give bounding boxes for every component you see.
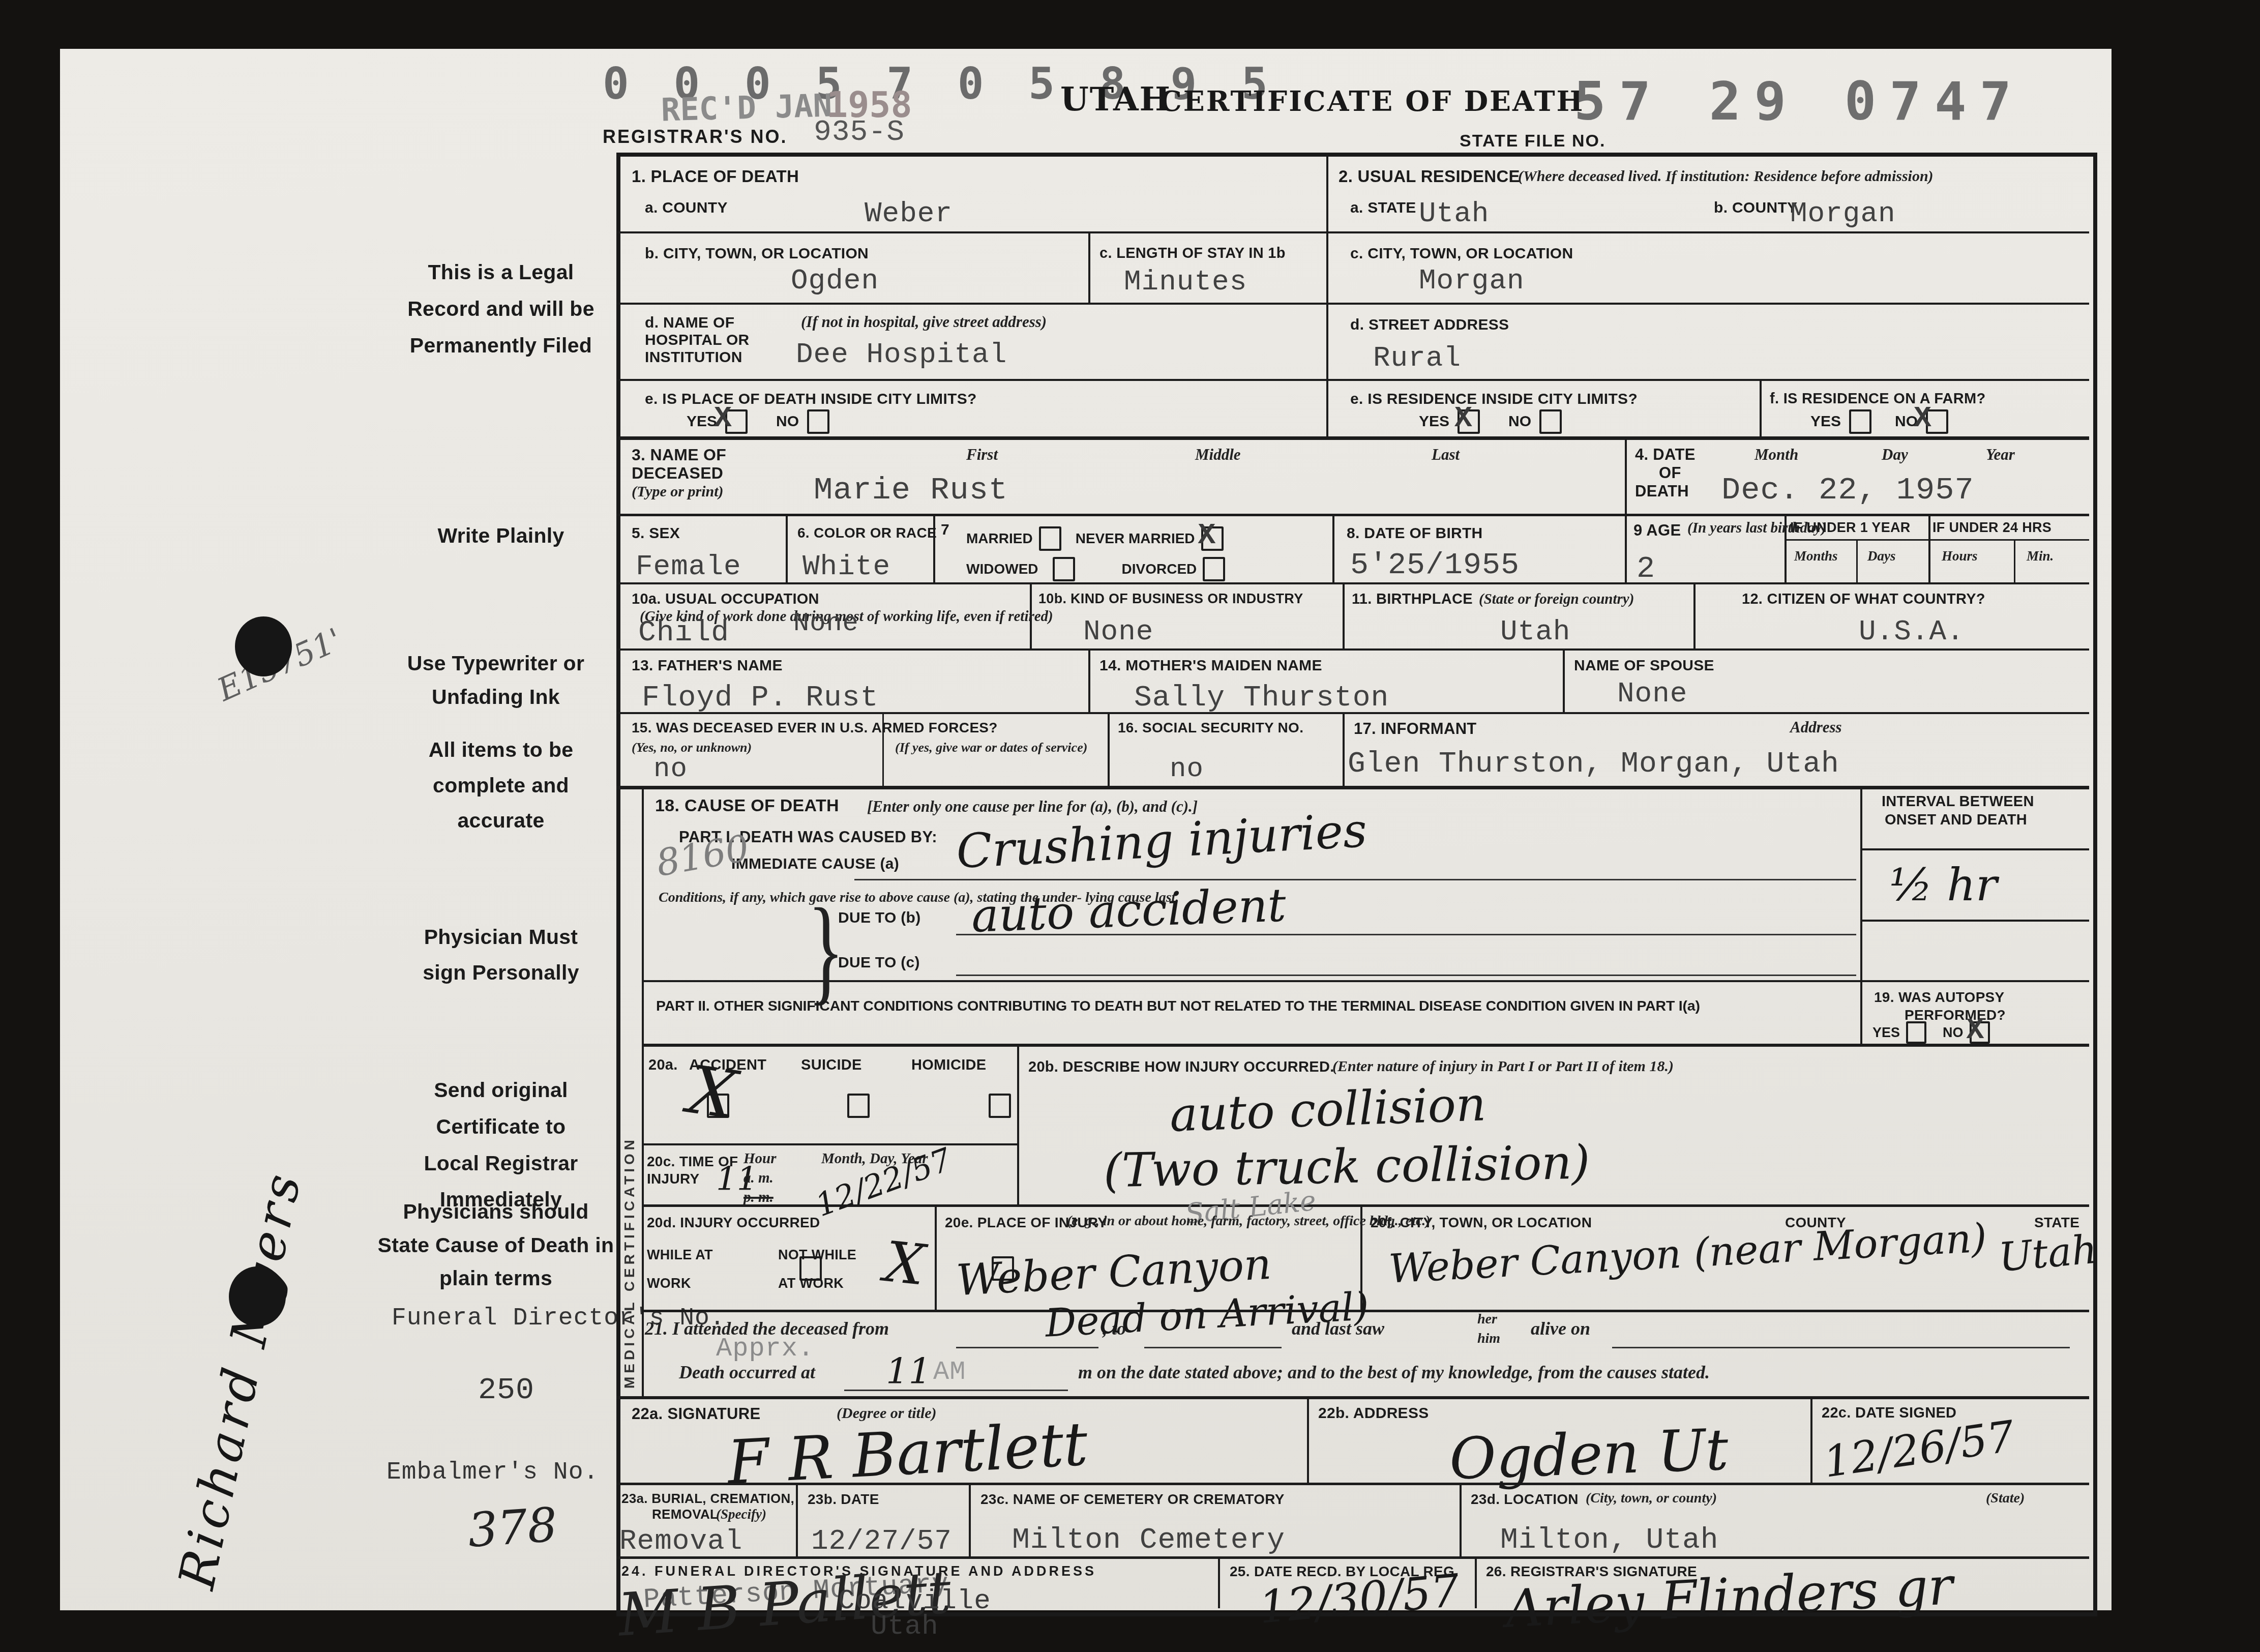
no-label: NO (776, 413, 799, 430)
field-18-title: 18. CAUSE OF DEATH (655, 796, 839, 816)
field-8-label: 8. DATE OF BIRTH (1347, 525, 1483, 542)
interval-label-2: ONSET AND DEATH (1885, 812, 2027, 829)
widowed-label: WIDOWED (966, 561, 1038, 577)
field-13-value: Floyd P. Rust (642, 682, 878, 715)
field-9-min-header: Min. (2027, 548, 2054, 564)
checkbox-2e-yes-mark: X (1454, 402, 1472, 435)
field-4-value: Dec. 22, 1957 (1721, 472, 1974, 508)
checkbox-1e-yes-mark: X (714, 402, 732, 435)
field-2b-label: b. COUNTY (1714, 199, 1797, 217)
field-15-note1: (Yes, no, or unknown) (632, 740, 752, 755)
field-15-label: 15. WAS DECEASED EVER IN U.S. ARMED FORC… (632, 720, 998, 736)
margin-note-physician-sign: Physician Must sign Personally (402, 920, 600, 990)
field-14-value: Sally Thurston (1134, 682, 1389, 715)
field-18-immediate-label: IMMEDIATE CAUSE (a) (731, 855, 899, 873)
field-20e-note: (e. g., in or about home, farm, factory,… (1067, 1213, 1311, 1229)
field-23d-note: (City, town, or county) (1586, 1490, 1717, 1507)
field-1b-label: b. CITY, TOWN, OR LOCATION (645, 245, 869, 262)
margin-note-legal-record: This is a Legal Record and will be Perma… (392, 254, 610, 364)
checkbox-19-no-mark: X (1967, 1014, 1984, 1047)
field-5-value: Female (636, 550, 741, 583)
interval-label-1: INTERVAL BETWEEN (1882, 793, 2034, 810)
field-23d-value: Milton, Utah (1500, 1524, 1719, 1557)
field-18-part2-label: PART II. OTHER SIGNIFICANT CONDITIONS CO… (656, 998, 1700, 1014)
field-3-title1: 3. NAME OF (632, 446, 726, 464)
field-1e-label: e. IS PLACE OF DEATH INSIDE CITY LIMITS? (645, 391, 977, 408)
field-20d-not2: AT WORK (778, 1276, 844, 1291)
checkbox-2f-no-mark: X (1914, 402, 1931, 435)
funeral-director-no-value: 250 (478, 1373, 534, 1408)
field-22b-label: 22b. ADDRESS (1318, 1405, 1429, 1422)
field-23a-label2: REMOVAL (652, 1507, 718, 1522)
field-2d-label: d. STREET ADDRESS (1350, 316, 1509, 334)
state-file-no-label: STATE FILE NO. (1460, 131, 1605, 151)
registrars-no-value: 935-S (814, 116, 905, 149)
field-7-number: 7 (941, 521, 949, 539)
field-18-due-b-value: auto accident (970, 878, 1287, 943)
field-15-note2: (If yes, give war or dates of service) (895, 740, 1087, 755)
field-16-label: 16. SOCIAL SECURITY NO. (1118, 720, 1303, 736)
field-20a-homicide-label: HOMICIDE (911, 1057, 986, 1074)
field-20d-while1: WHILE AT (647, 1247, 713, 1263)
field-1b-value: Ogden (791, 264, 879, 297)
field-16-value: no (1170, 754, 1204, 785)
checkbox-19-yes (1906, 1021, 1926, 1044)
field-2e-label: e. IS RESIDENCE INSIDE CITY LIMITS? (1350, 391, 1638, 408)
yes-label: YES (1419, 413, 1449, 430)
field-3-last-header: Last (1432, 446, 1460, 464)
field-3-middle-header: Middle (1195, 446, 1241, 464)
field-23b-value: 12/27/57 (811, 1525, 952, 1557)
field-10b-value: None (1083, 615, 1153, 648)
scanned-death-certificate: 0 0 0 5 7 0 5 8 9 5 REC'D JAN 1958 REGIS… (0, 0, 2260, 1652)
field-2e-yes-no: YES X NO (1419, 409, 1562, 434)
field-21-line2b: m on the date stated above; and to the b… (1078, 1362, 1710, 1383)
field-4-t3: DEATH (1635, 482, 1689, 500)
page-title: CERTIFICATE OF DEATH (1159, 84, 1585, 117)
field-2c-label: c. CITY, TOWN, OR LOCATION (1350, 245, 1573, 262)
field-2c-value: Morgan (1419, 264, 1525, 297)
checkbox-1e-yes: X (725, 409, 748, 434)
field-4-year-header: Year (1986, 446, 2015, 464)
checkbox-not-while-mark: X (882, 1229, 928, 1297)
checkbox-2f-yes (1849, 409, 1871, 434)
field-18-title-note: [Enter only one cause per line for (a), … (867, 798, 1198, 816)
checkbox-homicide (989, 1094, 1011, 1118)
field-10a-value2: None (793, 608, 859, 638)
field-23c-value: Milton Cemetery (1012, 1524, 1285, 1557)
field-22c-label: 22c. DATE SIGNED (1822, 1405, 1956, 1422)
field-17-label: 17. INFORMANT (1354, 720, 1477, 737)
checkbox-married (1039, 526, 1061, 551)
checkbox-2e-no (1539, 409, 1562, 434)
field-22a-label: 22a. SIGNATURE (632, 1405, 760, 1423)
checkbox-divorced (1203, 557, 1225, 581)
field-1a-value: Weber (865, 197, 953, 230)
field-6-value: White (802, 550, 890, 583)
field-21-apprx: Apprx. (716, 1334, 814, 1364)
registrars-no-label: REGISTRAR'S NO. (603, 126, 788, 147)
medical-certification-vertical-label: MEDICAL CERTIFICATION (621, 1136, 638, 1389)
hole-punch-top (235, 616, 292, 676)
field-14-label: 14. MOTHER'S MAIDEN NAME (1099, 657, 1322, 674)
field-10a-value1: Child (638, 616, 729, 650)
field-2d-value: Rural (1373, 342, 1461, 374)
field-2b-value: Morgan (1790, 197, 1896, 230)
checkbox-1e-no (807, 409, 829, 434)
field-20d-while2: WORK (647, 1276, 691, 1291)
field-23a-label: 23a. BURIAL, CREMATION, (621, 1491, 794, 1507)
field-20b-value2: (Two truck collision) (1103, 1135, 1590, 1198)
title-state: UTAH (1060, 80, 1171, 119)
interval-value: ½ hr (1889, 859, 1997, 911)
field-7-married-row: MARRIED NEVER MARRIED X (966, 526, 1224, 551)
field-11-note: (State or foreign country) (1479, 591, 1634, 608)
field-20d-label: 20d. INJURY OCCURRED (647, 1215, 820, 1231)
field-6-label: 6. COLOR OR RACE (797, 525, 937, 541)
field-21-time-value: 11 (886, 1350, 931, 1392)
field-4-month-header: Month (1755, 446, 1798, 464)
field-2a-label: a. STATE (1350, 199, 1416, 217)
field-23b-label: 23b. DATE (808, 1491, 879, 1508)
field-19-yes-no: YES NO X (1872, 1021, 1990, 1044)
margin-note-plain-terms: Physicians should State Cause of Death i… (376, 1195, 615, 1295)
field-23a-note: (Specify) (716, 1507, 766, 1522)
field-4-t1: 4. DATE (1635, 446, 1696, 463)
checkbox-widowed (1053, 557, 1075, 581)
field-20b-value1: auto collision (1169, 1077, 1487, 1142)
field-13-label: 13. FATHER'S NAME (632, 657, 783, 674)
margin-note-write-plainly: Write Plainly (392, 524, 610, 548)
field-20d-not1: NOT WHILE (778, 1247, 856, 1263)
field-4-day-header: Day (1882, 446, 1908, 464)
field-23a-value: Removal (619, 1525, 742, 1557)
field-20a-suicide-label: SUICIDE (801, 1057, 862, 1074)
field-2f-label: f. IS RESIDENCE ON A FARM? (1770, 391, 1986, 407)
field-20b-label: 20b. DESCRIBE HOW INJURY OCCURRED. (1028, 1059, 1334, 1076)
margin-note-all-items: All items to be complete and accurate (392, 732, 610, 839)
funeral-director-no-label: Funeral Director's No. (392, 1305, 610, 1332)
never-married-label: NEVER MARRIED (1076, 530, 1195, 547)
no-label: NO (1508, 413, 1531, 430)
field-19-label1: 19. WAS AUTOPSY (1874, 989, 2005, 1006)
field-spouse-value: None (1617, 677, 1687, 710)
field-5-label: 5. SEX (632, 525, 680, 542)
field-9-under1yr-header: IF UNDER 1 YEAR (1790, 520, 1911, 536)
field-1c-label: c. LENGTH OF STAY IN 1b (1099, 245, 1286, 262)
hole-punch-bottom (229, 1266, 286, 1326)
field-4-t2: OF (1659, 464, 1681, 482)
field-18-conditions-note: Conditions, if any, which gave rise to a… (659, 889, 806, 906)
due-c-line (956, 975, 1856, 976)
embalmers-no-label: Embalmer's No. (386, 1459, 599, 1486)
field-20b-note: (Enter nature of injury in Part I or Par… (1332, 1058, 1674, 1076)
checkbox-suicide (847, 1094, 870, 1118)
no-label: NO (1943, 1025, 1964, 1041)
immediate-cause-line (854, 879, 1856, 880)
field-3-value: Marie Rust (814, 472, 1008, 508)
field-7-widowed-row: WIDOWED DIVORCED (966, 557, 1225, 581)
field-20a-num: 20a. (648, 1057, 678, 1074)
field-12-label: 12. CITIZEN OF WHAT COUNTRY? (1742, 591, 1985, 608)
field-15-value: no (653, 754, 688, 785)
field-2-title-note: (Where deceased lived. If institution: R… (1518, 168, 1934, 186)
field-23d-state-note: (State) (1986, 1490, 2025, 1507)
checkbox-never-married: X (1201, 526, 1224, 551)
checkbox-2e-yes: X (1458, 409, 1480, 434)
married-label: MARRIED (966, 530, 1033, 547)
field-17-address-header: Address (1790, 718, 1842, 736)
field-20c-am-label: a. m. (744, 1170, 774, 1187)
field-21-am-value: AM (933, 1357, 966, 1387)
field-20f-label: 20f. CITY, TOWN, OR LOCATION (1371, 1215, 1592, 1231)
field-1-title: 1. PLACE OF DEATH (632, 167, 799, 186)
field-3-first-header: First (966, 446, 998, 464)
field-21-line2a: Death occurred at (679, 1362, 815, 1383)
field-12-value: U.S.A. (1859, 615, 1965, 648)
yes-label: YES (1872, 1025, 1900, 1041)
field-21-her: her (1477, 1311, 1497, 1327)
field-20c-pm-label: p. m. (744, 1189, 774, 1206)
yes-label: YES (1810, 413, 1841, 430)
margin-note-use-typewriter: Use Typewriter or Unfading Ink (376, 647, 615, 714)
field-1a-label: a. COUNTY (645, 199, 728, 217)
field-9-under24-header: IF UNDER 24 HRS (1932, 520, 2051, 536)
field-9-value: 2 (1637, 552, 1655, 586)
field-3-title2: DECEASED (632, 464, 723, 482)
divorced-label: DIVORCED (1122, 561, 1197, 577)
field-10a-label: 10a. USUAL OCCUPATION (632, 591, 819, 608)
field-2a-value: Utah (1419, 197, 1489, 230)
field-9-hours-header: Hours (1942, 548, 1978, 564)
field-20c-label2: INJURY (647, 1171, 699, 1187)
yes-label: YES (687, 413, 717, 430)
field-20f-state-value: Utah (1997, 1227, 2099, 1281)
field-23c-label: 23c. NAME OF CEMETERY OR CREMATORY (980, 1491, 1285, 1508)
checkbox-19-no: X (1970, 1021, 1990, 1044)
field-10b-label: 10b. KIND OF BUSINESS OR INDUSTRY (1038, 591, 1303, 607)
field-9-note: (In years last birthday) (1687, 520, 1784, 537)
field-1c-value: Minutes (1124, 265, 1247, 298)
field-1d-label: d. NAME OF HOSPITAL OR INSTITUTION (645, 314, 797, 367)
field-2f-yes-no: YES NO X (1810, 409, 1948, 434)
field-9-months-header: Months (1794, 548, 1838, 564)
field-17-value: Glen Thurston, Morgan, Utah (1348, 748, 1839, 781)
field-11-label: 11. BIRTHPLACE (1352, 591, 1473, 608)
field-2-title: 2. USUAL RESIDENCE (1339, 167, 1520, 186)
field-18-due-c-label: DUE TO (c) (838, 954, 920, 971)
field-8-value: 5'25/1955 (1350, 548, 1520, 583)
field-21-him: him (1477, 1331, 1500, 1347)
embalmers-no-value: 378 (466, 1497, 559, 1558)
field-23d-label: 23d. LOCATION (1471, 1491, 1579, 1508)
field-3-note: (Type or print) (632, 483, 724, 501)
field-9-days-header: Days (1867, 548, 1896, 564)
field-1d-note: (If not in hospital, give street address… (801, 313, 1047, 331)
field-9-label: 9 AGE (1633, 521, 1681, 539)
field-24-state: Utah (871, 1611, 939, 1642)
field-18-due-b-label: DUE TO (b) (838, 909, 920, 927)
checkbox-2f-no: X (1926, 409, 1948, 434)
field-11-value: Utah (1500, 615, 1570, 648)
field-1e-yes-no: YES X NO (687, 409, 829, 434)
state-file-no-stamp: 57 29 0747 (1574, 70, 2025, 132)
field-1d-value: Dee Hospital (796, 338, 1007, 371)
field-22b-value: Ogden Ut (1448, 1417, 1730, 1492)
field-21-line1d: alive on (1531, 1318, 1590, 1340)
field-spouse-label: NAME OF SPOUSE (1574, 657, 1714, 674)
received-stamp: REC'D JAN (661, 87, 832, 129)
checkbox-never-married-mark: X (1198, 519, 1216, 552)
